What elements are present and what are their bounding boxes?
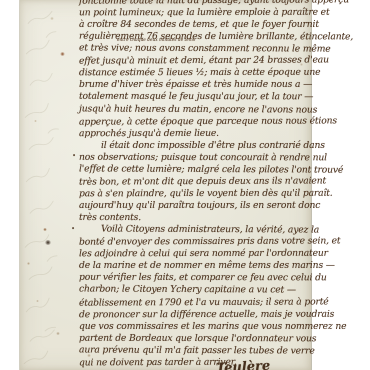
text-line: aura prévenu qu'il m'a fait passer les t… — [79, 344, 315, 357]
text-line: distance estimée 5 lieues ½; mais à cett… — [79, 67, 320, 80]
text-line: brume d'hiver très épaisse et très humid… — [79, 79, 312, 91]
text-line: établissement en 1790 et l'a vu mauvais;… — [79, 296, 329, 309]
text-line: approchés jusqu'à demie lieue. — [79, 127, 219, 139]
text-line: apperçue, à cette époque que parceque no… — [79, 115, 337, 128]
margin-mark: • — [71, 225, 75, 233]
text-line: qui ne doivent pas tarder à arriver. — [79, 356, 237, 369]
interlinear-annotation: entre chaque deux minutes de tems — [117, 38, 195, 43]
text-line: de prononcer sur la différence actuelle,… — [79, 308, 334, 321]
text-line: l'effet de cette lumière; malgré cela le… — [79, 163, 343, 176]
text-line: jusqu'à huit heures du matin, encore ne … — [79, 103, 317, 116]
text-line: à croître 84 secondes de tems, et que le… — [79, 19, 319, 31]
text-line: très contents. — [79, 212, 141, 224]
manuscript-scan: fonctionné toute la nuit du passage; aya… — [0, 0, 370, 370]
text-line: nos observations; puisque tout concourai… — [79, 151, 327, 164]
text-line: un point lumineux; que la lumière emploi… — [79, 7, 330, 20]
text-line: très bon, et m'ont dit que depuis deux a… — [79, 175, 326, 188]
manuscript-text-block: fonctionné toute la nuit du passage; aya… — [0, 0, 370, 370]
signature: Teulère — [216, 359, 271, 370]
text-line: aujourd'huy qu'il paraîtra toujours, ils… — [79, 200, 320, 212]
text-line: charbon; le Citoyen Ychery capitaine a v… — [79, 284, 296, 297]
text-line: totalement masqué le feu jusqu'au jour, … — [79, 91, 313, 104]
text-line: les adjoindre à celui qui sera nommé par… — [79, 248, 328, 261]
text-line: pas à s'en plaindre, qu'ils le voyent bi… — [79, 188, 333, 201]
margin-mark: • — [72, 152, 76, 160]
text-line: partent de Bordeaux que lorsque l'ordonn… — [79, 332, 316, 345]
text-line: que vos commissaires et les marins que v… — [79, 321, 346, 333]
text-line: il était donc impossible d'être plus con… — [101, 140, 325, 152]
text-line: de la marine et de nommer en même tems d… — [79, 260, 335, 272]
